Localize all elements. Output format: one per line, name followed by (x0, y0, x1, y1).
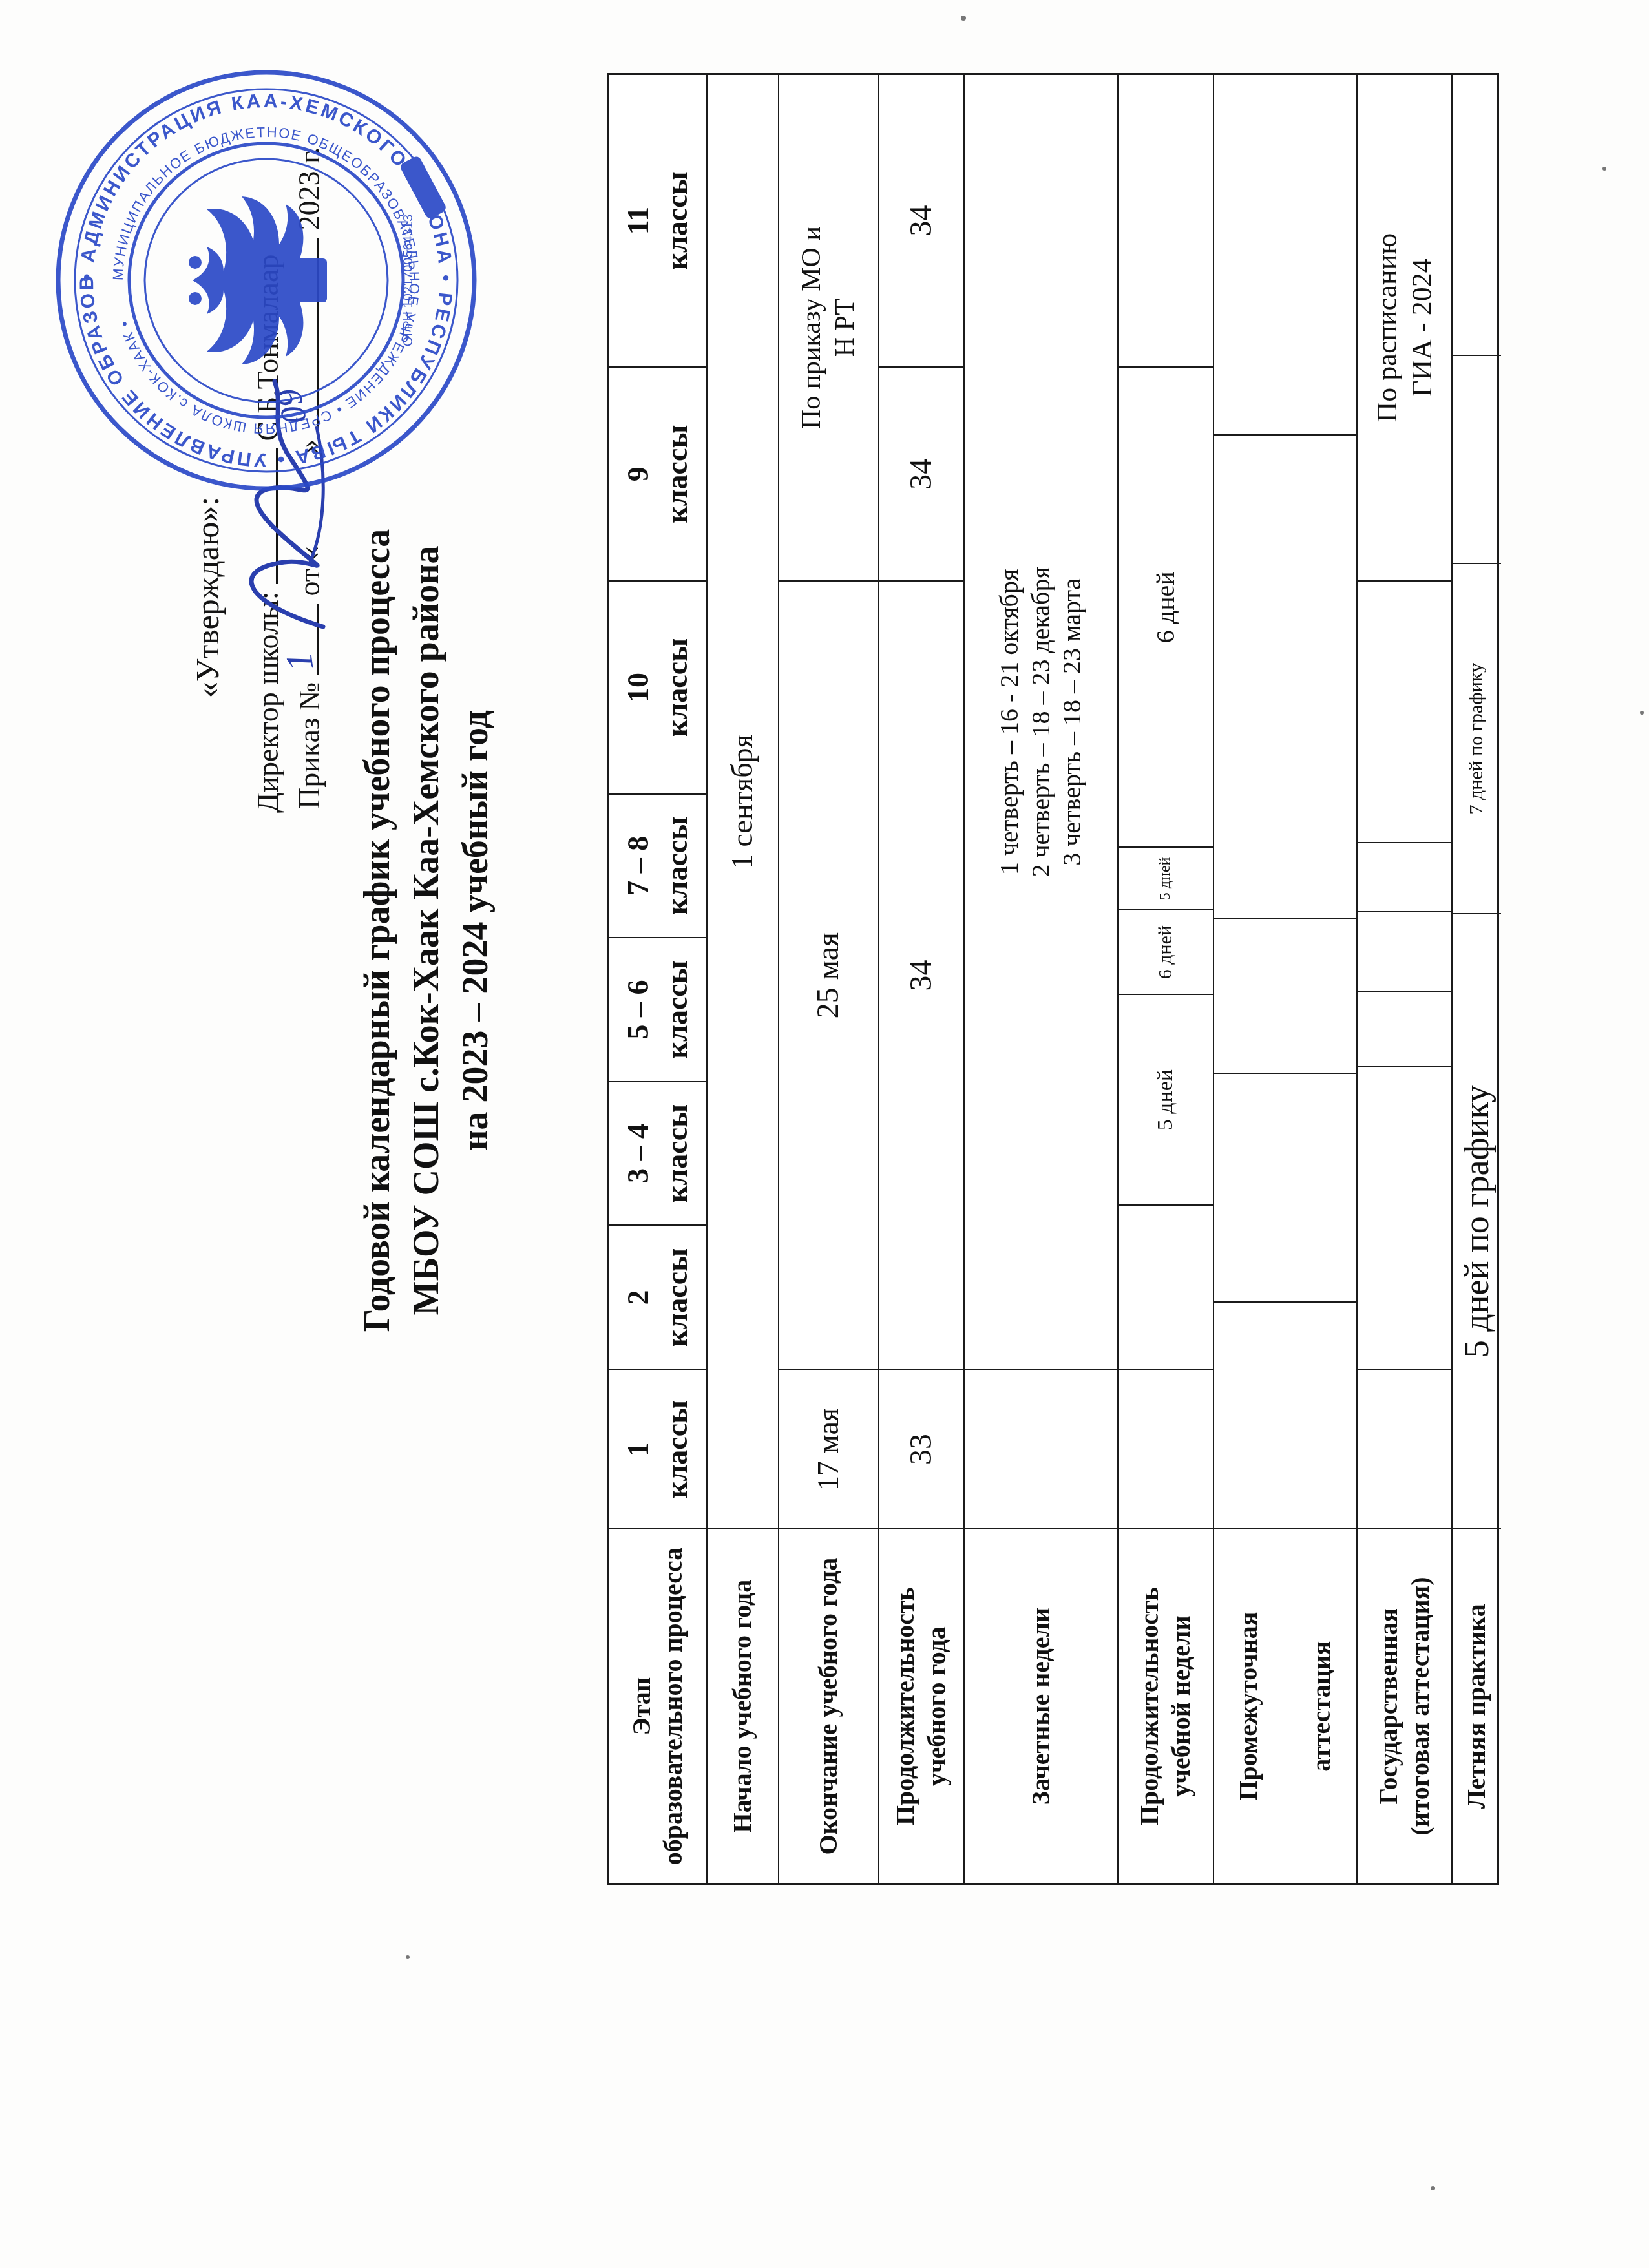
title-line-2: МБОУ СОШ с.Кок-Хаак Каа-Хемского района (402, 414, 451, 1447)
scanned-sheet: «Утверждаю»: Директор школы: С.Б.Тонмала… (0, 0, 1649, 2268)
document-title: Годовой календарный график учебного проц… (353, 414, 500, 1447)
table-row: Продолжительностьучебной недели5 дней6 д… (1119, 75, 1214, 1883)
table-row: Окончание учебного года17 мая25 маяПо пр… (779, 75, 879, 1883)
scan-speckle (961, 16, 966, 21)
table-cell: 9классы (609, 366, 708, 580)
eagle-emblem (189, 196, 327, 364)
table-cell: 10классы (609, 580, 708, 793)
row-header-cell: Продолжительностьучебной недели (1119, 1528, 1214, 1883)
row-header-cell: Начало учебного года (708, 1528, 779, 1883)
document-page: «Утверждаю»: Директор школы: С.Б.Тонмала… (0, 0, 1649, 2268)
table-row: Промежуточнаяаттестация (1214, 75, 1358, 1883)
scan-speckle (1431, 2186, 1435, 2190)
row-header-cell: Летняя практика (1453, 1528, 1501, 1883)
table-cell (1119, 1369, 1214, 1528)
table-cell: 11классы (609, 75, 708, 366)
title-line-3: на 2023 – 2024 учебный год (451, 414, 500, 1447)
scan-speckle (1640, 711, 1644, 715)
column-header-cell: Этапобразовательного процесса (609, 1528, 708, 1883)
table-cell: 34 (879, 580, 965, 1369)
table-cell (1358, 842, 1453, 911)
table-cell (1214, 1301, 1358, 1528)
table-row: Летняя практика5 дней по графику7 дней п… (1453, 75, 1501, 1883)
table-cell (1214, 434, 1358, 918)
scan-speckle (1602, 167, 1606, 171)
table-cell (1358, 1369, 1453, 1528)
calendar-table: Этапобразовательного процесса1классы2кла… (607, 73, 1499, 1885)
table-cell (1119, 1204, 1214, 1369)
table-cell: 34 (879, 366, 965, 580)
row-header-cell: Промежуточнаяаттестация (1214, 1528, 1358, 1883)
table-row: Государственная(итоговая аттестация)По р… (1358, 75, 1453, 1883)
table-cell (1214, 75, 1358, 434)
table-cell: 1 сентября (708, 75, 779, 1528)
table-cell: 7 дней по графику (1453, 563, 1501, 913)
order-prefix: Приказ № (293, 682, 326, 809)
table-cell (1358, 991, 1453, 1066)
table-cell: 6 дней (1119, 909, 1214, 994)
table-cell (1358, 1066, 1453, 1369)
table-cell: 7 – 8классы (609, 793, 708, 938)
table-cell (1453, 355, 1501, 563)
table-cell: 33 (879, 1369, 965, 1528)
table-cell: 25 мая (779, 580, 879, 1369)
stamp-ogrn-text: ОГРН 1021700564313 (401, 215, 415, 346)
table-cell: 5 дней по графику (1453, 913, 1501, 1528)
table-cell: 2классы (609, 1224, 708, 1369)
table-cell: 17 мая (779, 1369, 879, 1528)
table-row: Продолжительностьучебного года33343434 (879, 75, 965, 1883)
row-header-cell: Зачетные недели (965, 1528, 1119, 1883)
title-line-1: Годовой календарный график учебного проц… (353, 414, 402, 1447)
table-cell (1214, 918, 1358, 1072)
table-cell: По приказу МО иН РТ (779, 75, 879, 580)
table-row: Зачетные недели1 четверть – 16 - 21 октя… (965, 75, 1119, 1883)
row-header-cell: Государственная(итоговая аттестация) (1358, 1528, 1453, 1883)
table-cell: 3 – 4классы (609, 1081, 708, 1225)
table-cell (965, 1369, 1119, 1528)
row-header-cell: Окончание учебного года (779, 1528, 879, 1883)
table-cell (1358, 911, 1453, 991)
table-row: Этапобразовательного процесса1классы2кла… (609, 75, 708, 1883)
table-cell (1453, 75, 1501, 355)
row-header-cell: Продолжительностьучебного года (879, 1528, 965, 1883)
table-cell: По расписаниюГИА - 2024 (1358, 75, 1453, 580)
table-cell: 6 дней (1119, 366, 1214, 846)
table-cell (1214, 1073, 1358, 1301)
table-cell (1119, 75, 1214, 366)
table-cell (1358, 580, 1453, 842)
table-cell: 1 четверть – 16 - 21 октября2 четверть –… (965, 75, 1119, 1369)
table-cell: 34 (879, 75, 965, 366)
scan-speckle (406, 1955, 410, 1959)
table-cell: 1классы (609, 1369, 708, 1528)
table-cell: 5 – 6классы (609, 937, 708, 1081)
table-cell: 5 дней (1119, 994, 1214, 1204)
table-row: Начало учебного года1 сентября (708, 75, 779, 1883)
table-cell: 5 дней (1119, 846, 1214, 909)
